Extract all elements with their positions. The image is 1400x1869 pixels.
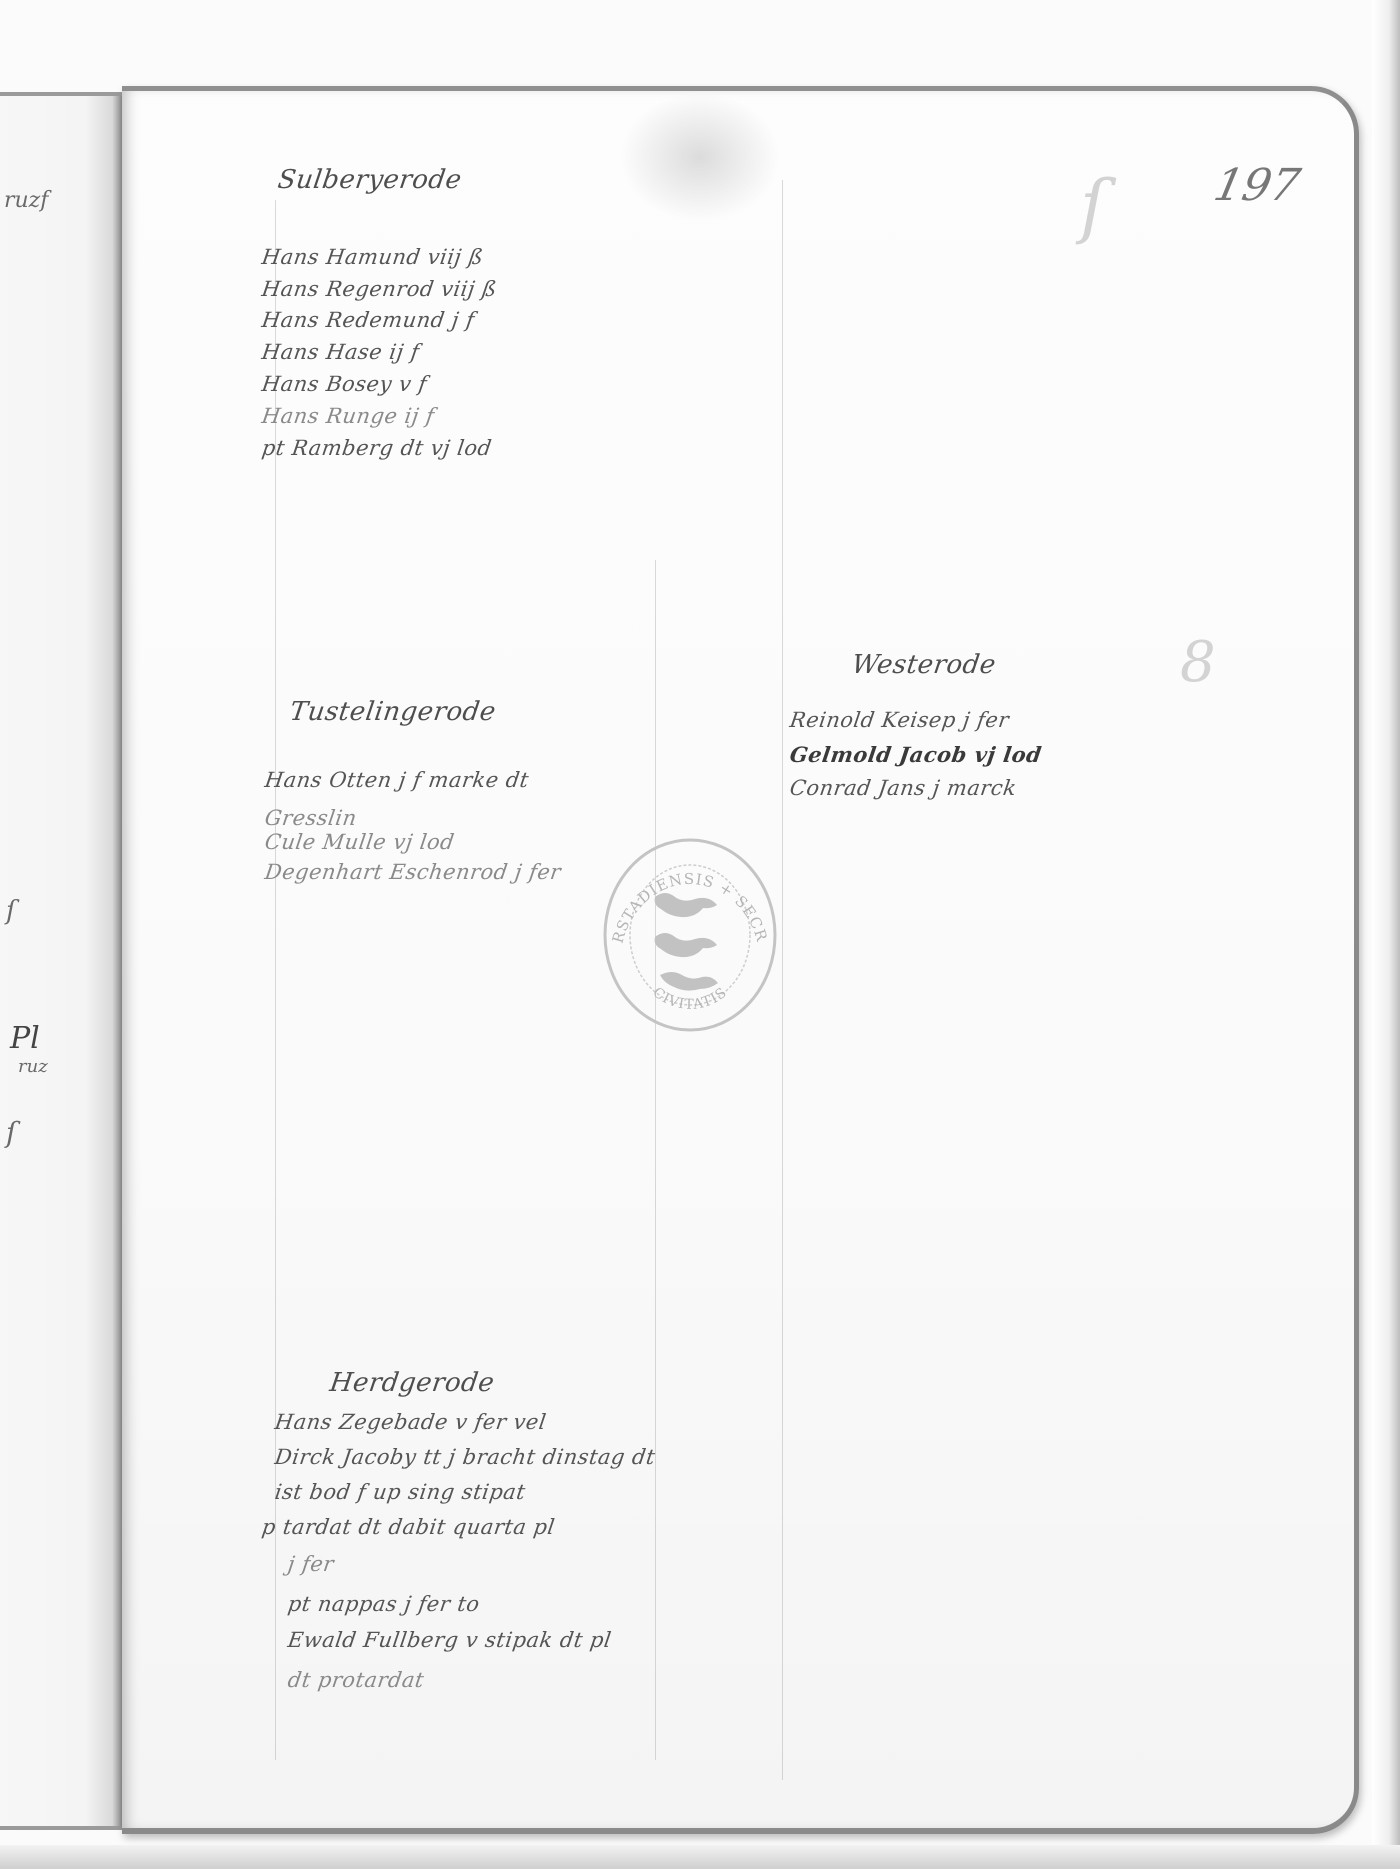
show-through-mark: 8 bbox=[1180, 630, 1216, 695]
entry-line: Cule Mulle vj lod bbox=[263, 830, 456, 854]
entry-line: Reinold Keisep j fer bbox=[788, 708, 1010, 732]
entry-line: Hans Otten j f marke dt bbox=[263, 768, 530, 792]
lower-page-edge bbox=[0, 1845, 1400, 1869]
left-facing-page: ruzf ſ Pl ruz ſ bbox=[0, 92, 122, 1830]
left-page-fragment: Pl bbox=[10, 1021, 40, 1056]
archive-seal-stamp: DUDERSTADIENSIS + SECRETUM CIVITATIS bbox=[600, 835, 780, 1035]
section-heading: Westerode bbox=[850, 650, 998, 680]
entry-line: ist bod f up sing stipat bbox=[273, 1480, 527, 1504]
left-page-fragment: ruzf bbox=[4, 188, 48, 213]
entry-line: Hans Runge ij f bbox=[260, 404, 436, 428]
entry-line: Hans Zegebade v fer vel bbox=[273, 1410, 548, 1434]
entry-line: Degenhart Eschenrod j fer bbox=[263, 860, 562, 884]
entry-line: pt nappas j fer to bbox=[286, 1592, 481, 1616]
section-heading: Herdgerode bbox=[328, 1368, 496, 1398]
entry-line: Hans Hase ij f bbox=[260, 340, 421, 364]
entry-line: p tardat dt dabit quarta pl bbox=[260, 1515, 556, 1539]
water-stain bbox=[620, 92, 780, 222]
entry-line: j fer bbox=[286, 1552, 335, 1576]
scanner-edge bbox=[1372, 0, 1400, 1869]
entry-line: Hans Bosey v f bbox=[260, 372, 428, 396]
ruling-line bbox=[782, 180, 783, 1780]
entry-line: pt Ramberg dt vj lod bbox=[260, 436, 493, 460]
section-heading: Sulberyerode bbox=[276, 165, 464, 195]
entry-line: Dirck Jacoby tt j bracht dinstag dt bbox=[273, 1445, 657, 1469]
svg-text:DUDERSTADIENSIS + SECRETUM: DUDERSTADIENSIS + SECRETUM bbox=[600, 835, 771, 945]
entry-line: Hans Redemund j f bbox=[260, 308, 476, 332]
seal-top-text: DUDERSTADIENSIS + SECRETUM bbox=[600, 835, 771, 945]
entry-line: dt protardat bbox=[286, 1668, 425, 1692]
left-page-fragment: ſ bbox=[6, 896, 16, 926]
section-heading: Tustelingerode bbox=[288, 697, 498, 727]
left-page-fragment: ſ bbox=[6, 1116, 16, 1149]
show-through-mark: ſ bbox=[1080, 165, 1106, 247]
ruling-line bbox=[655, 560, 656, 1760]
entry-line: Gresslin bbox=[263, 806, 358, 830]
left-page-fragment: ruz bbox=[18, 1056, 48, 1077]
entry-line: Ewald Fullberg v stipak dt pl bbox=[286, 1628, 613, 1652]
lion-emblem-icon bbox=[655, 893, 718, 991]
folio-number: 197 bbox=[1210, 160, 1305, 211]
entry-line: Hans Hamund viij ß bbox=[260, 245, 485, 269]
entry-line: Hans Regenrod viij ß bbox=[260, 277, 498, 301]
entry-line: Conrad Jans j marck bbox=[788, 776, 1018, 800]
entry-line: Gelmold Jacob vj lod bbox=[788, 742, 1043, 767]
